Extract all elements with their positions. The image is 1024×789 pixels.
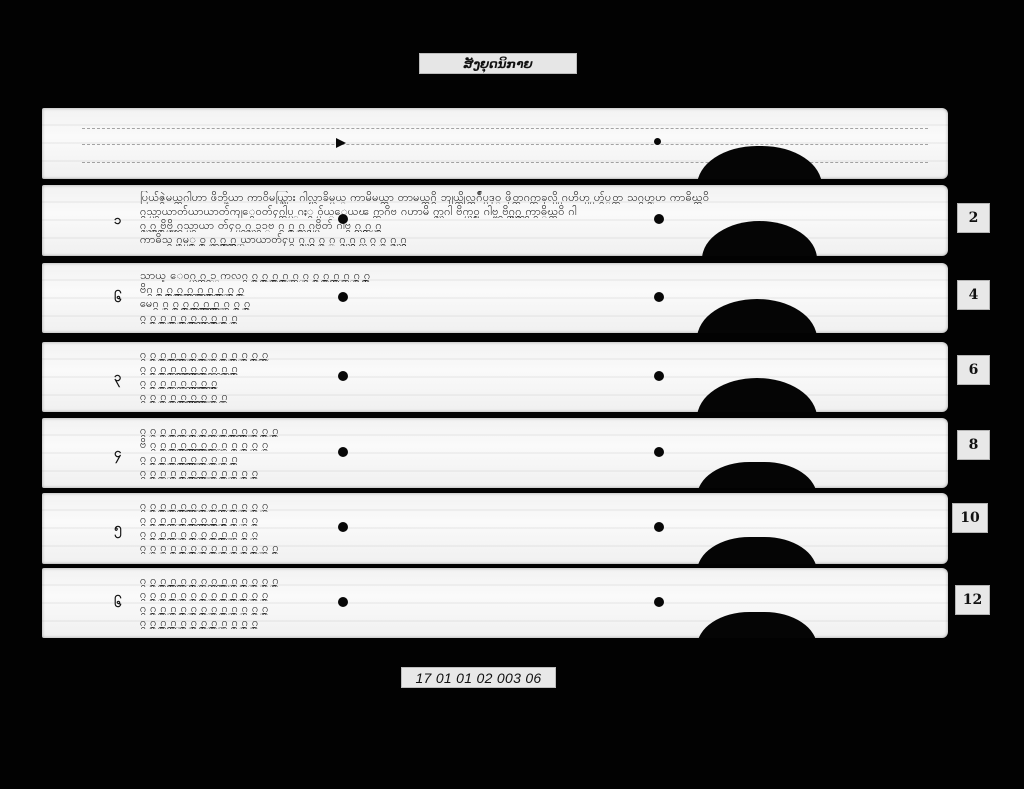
script-line: ဂ္ဂ္ဂ္ဂ္ ဂ္ဂ္ဂ္ဂ္ဂ္ဂ္ ဂ္ဂ္ဂ္ဂ္ဂ္ ဂ္ဂ္ဂ္ဂ…	[140, 452, 238, 465]
script-line: ဗိဂ္ဂ္ဂ္ဂ္ဂ္ ဂ္ဂ္ဂ္ဂ္ဂ္ဂ္ဂ္ ဂ္ဂ္ဂ္ ဂ္ဂ္ဂ…	[140, 283, 245, 296]
leaf-text: ဂ္ဂ္ ဂ္ဂ္ဂ္ဂ္ဂ္ ဂ္ဂ္ဂ္ ဂ္ဂ္ဂ္ဂ္ ဂ္ဂ္ဂ္ဂ္…	[140, 424, 938, 482]
palm-leaf-6: ၆ ဂ္ဂ္ဂ္ဂ္ဂ္ ဂ္ဂ္ဂ္ဂ္ဂ္ ဂ္ဂ္ဂ္ ဂ္ဂ္ဂ္ဂ္ …	[42, 568, 948, 638]
script-line: ဂ္ဂ္ဂ္ဂ္ဂ္ဂ္ဂ္ ဂ္ဂ္ဂ္ဂ္ဂ္ဂ္ဂ္ ဂ္ဂ္ ဂ္ဂ္ဂ…	[140, 362, 238, 375]
collection-title-label: ສັງຍຸດນິກາຍ	[419, 53, 577, 74]
script-line: ဂ္ဂ္ဂ္ဂ္ဂ္ဂ္ ဂ္ဂ္ဂ္ဂ္ ဂ္ဂ္ဂ္ဂ္ ဂ္ဂ္ဂ္ဂ္ဂ…	[140, 348, 269, 361]
document-id: 17 01 01 02 003 06	[415, 670, 541, 686]
page-tag: 8	[957, 430, 990, 460]
string-hole-icon	[654, 522, 664, 532]
string-hole-icon	[654, 597, 664, 607]
palm-leaf-4: ၄ ဂ္ဂ္ ဂ္ဂ္ဂ္ဂ္ဂ္ ဂ္ဂ္ဂ္ ဂ္ဂ္ဂ္ဂ္ ဂ္ဂ္ဂ္…	[42, 418, 948, 488]
script-line: ဂ္ဂ္ဂ္ဂ္ဂ္ ဂ္ဂ္ဂ္ ဂ္ဂ္ဂ္ဂ္ဂ္ဂ္ဂ္ဂ္ဂ္ဂ္ ဂ…	[140, 513, 258, 526]
leaf-number-mark: ၄	[114, 445, 121, 464]
leaf-text: ဂ္ဂ္ဂ္ဂ္ဂ္ ဂ္ဂ္ဂ္ဂ္ဂ္ ဂ္ဂ္ဂ္ ဂ္ဂ္ဂ္ဂ္ ဂ္…	[140, 574, 938, 632]
script-line: ဂ္ဂ္ဂ္ဂ္ဂ္ ဂ္ဂ္ဂ္ ဂ္ဂ္ဂ္ ဂ္ဂ္ဂ္ဂ္ ဂ္ဂ္ဂ္…	[140, 527, 258, 540]
leaf-text: ဂ္ဂ္ဂ္ဂ္ဂ္ဂ္ ဂ္ဂ္ဂ္ဂ္ ဂ္ဂ္ဂ္ဂ္ ဂ္ဂ္ဂ္ဂ္ဂ…	[140, 348, 938, 406]
ruling-line	[82, 128, 928, 130]
script-line: ဂ္ဂ္ဂ္ဂ္ဂ္ ဂ္ဂ္ဂ္ဂ္ဂ္ဂ္ဂ္ဂ္ဂ္ဂ္ဂ္ ဂ္ဂ္ ဂ…	[140, 376, 218, 389]
palm-leaf-3: ၃ ဂ္ဂ္ဂ္ဂ္ဂ္ဂ္ ဂ္ဂ္ဂ္ဂ္ ဂ္ဂ္ဂ္ဂ္ ဂ္ဂ္ဂ္ဂ…	[42, 342, 948, 412]
string-hole-icon	[338, 292, 348, 302]
script-line: ဂ္ဂ္ဂ္ ဂ္ဂ္ဂ္ဂ္ဂ္ဂ္ဂ္ ဂ္ဂ္ဂ္ဂ္ဂ္ဂ္ ဂ္ဂ္ဂ…	[140, 390, 228, 403]
damage-stain	[697, 146, 822, 179]
palm-leaf-5: ၅ ဂ္ဂ္ဂ္ဂ္ ဂ္ဂ္ဂ္ဂ္ဂ္ဂ္ ဂ္ဂ္ဂ္ဂ္ဂ္ ဂ္ဂ္ဂ…	[42, 493, 948, 564]
script-line: ဂ္ဂ္မွသာယာတ်ယာယာတ်ကျ္ဂေဝတ်ႁဂ္ကါပ္ပ္ ဂႏ္ဂ…	[140, 205, 577, 218]
string-hole-icon	[338, 522, 348, 532]
script-line: ဂ္ဂ္ဂ္ ဂ္ဂ္ဂ္ဂ္ ဂ္ဂ္ဂ္ ဂ္ဂ္ဂ္ ဂ္ဂ္ဂ္ဂ္ ဂ…	[140, 588, 269, 601]
leaf-number-mark: ၅	[114, 520, 121, 539]
string-hole-icon	[654, 214, 664, 224]
palm-leaf-cover	[42, 108, 948, 179]
string-hole-icon	[654, 138, 661, 145]
script-line: ဂ္ဂ္ဂ္ဂ္ ဂ္ဂ္ဂ္ဂ္ ဂ္ဂ္ဂ္ဂ္ဂ္ဂ္ဂ္ဂ္ ဂ္ဂ္ဂ…	[140, 311, 238, 324]
string-hole-icon	[654, 371, 664, 381]
script-line: ကာဓိသ္ဂ္ပ ဂ္ဂမ္မွ္ဂ္ဂ ဝ္ဂ္ပ္ဂ္ဂ္ဂ ဂ္ဂ္ဂ္…	[140, 233, 407, 246]
page-tag: 10	[952, 503, 988, 533]
collection-title: ສັງຍຸດນິກາຍ	[463, 57, 532, 71]
script-line: မေဂ္ဂ္ ဂ္ဂ္ဂ္ဂ္ဂ္ဂ္ဂ္ ဂ္ဂ္ဂ္ဂ္ဂ္ ဂ္ဂ္ဂ္ဂ…	[140, 297, 251, 310]
ruling-line	[82, 144, 928, 146]
leaf-text: သာယူ ေဝဂ္ယ္ဂ္ဂ္ ဂ္ဂ္ ၁ ကလဂ္ဂ္ဂ္ဂ္ ဂ္ဂ္ဂ္…	[140, 269, 938, 327]
string-hole-icon	[338, 597, 348, 607]
leaf-text: ပြယ်ဇွဲမယ္ကဂါဟာ ဖိဘို့ယာ ကာဝိမယ္သြား ဂါလ…	[140, 191, 938, 250]
page-tag: 4	[957, 280, 990, 310]
string-hole-icon	[654, 292, 664, 302]
script-line: ဂ္ဂ္ဂ္ဂ္ဂ္ ဂ္ဂ္ဂ္ဂ္ဂ္ ဂ္ဂ္ဂ္ ဂ္ဂ္ဂ္ဂ္ ဂ္…	[140, 574, 279, 587]
manuscript-scan: ສັງຍຸດນິກາຍ ၁ ပြယ်ဇွဲမယ္ကဂါဟာ ဖိဘို့ယာ က…	[0, 0, 1024, 789]
leaf-number-mark: ၁	[114, 212, 121, 231]
leaf-number-mark: ၆	[114, 290, 121, 309]
script-line: ဂ္ဂ္ ဂ္ဂ္ ဂ္ဂ္ဂ္ဂ္ ဂ္ဂ္ဂ္ဂ္ ဂ္ဂ္ဂ္ ဂ္ဂ္ဂ…	[140, 541, 279, 554]
leaf-number-mark: ၃	[114, 369, 121, 388]
palm-leaf-1: ၁ ပြယ်ဇွဲမယ္ကဂါဟာ ဖိဘို့ယာ ကာဝိမယ္သြား ဂ…	[42, 185, 948, 256]
script-line: သာယူ ေဝဂ္ယ္ဂ္ဂ္ ဂ္ဂ္ ၁ ကလဂ္ဂ္ဂ္ဂ္ ဂ္ဂ္ဂ္…	[140, 269, 370, 282]
string-hole-icon	[338, 447, 348, 457]
script-line: ဗိ ဂ္ဂ္ဂ္ဂ္ဂ္ဂ္ဂ္ ဂ္ဂ္ဂ္ဂ္ဂ္ ဂ္ဂ္ဂ္ဂ္ဂ္ …	[140, 438, 269, 451]
page-tag: 6	[957, 355, 990, 385]
palm-leaf-2: ၆ သာယူ ေဝဂ္ယ္ဂ္ဂ္ ဂ္ဂ္ ၁ ကလဂ္ဂ္ဂ္ဂ္ ဂ္ဂ္…	[42, 263, 948, 333]
leaf-text: ဂ္ဂ္ဂ္ဂ္ ဂ္ဂ္ဂ္ဂ္ဂ္ဂ္ ဂ္ဂ္ဂ္ဂ္ဂ္ ဂ္ဂ္ဂ္ …	[140, 499, 938, 558]
document-id-label: 17 01 01 02 003 06	[401, 667, 556, 688]
string-hole-icon	[654, 447, 664, 457]
script-line: ဂ္ဂ္ဂ္ဂ္ဂ္ ဂ္ဂ္ဂ္ ဂ္ဂ္ဂ္ ဂ္ဂ္ဂ္ ဂ္ဂ္ဂ္ဂ္…	[140, 616, 258, 629]
page-tag: 2	[957, 203, 990, 233]
string-hole-icon	[338, 371, 348, 381]
script-line: ဂ္ဂ္ဂ္ဂ္ ဂ္ဂ္ဂ္ ဂ္ဂ္ဂ္ဂ္ ဂ္ဂ္ဂ္ ဂ္ဂ္ဂ္ဂ္…	[140, 602, 269, 615]
leaf-number-mark: ၆	[114, 595, 121, 614]
script-line: ဂ္ဂ္ဂ္ဂ္ ဂ္ဂ္ ဂ္ဂ္ဂ္ဂ္ဂ္ဂ္ ဂ္ဂ္ဂ္ဂ္ ဂ္ဂ္…	[140, 466, 258, 479]
script-line: ဂ္ဂ္ ဂ္ဂ္ဂ္ဂ္ဂ္ ဂ္ဂ္ဂ္ ဂ္ဂ္ဂ္ဂ္ ဂ္ဂ္ဂ္ဂ္…	[140, 424, 279, 437]
string-hole-icon	[336, 138, 346, 148]
page-tag: 12	[955, 585, 990, 615]
script-line: ပြယ်ဇွဲမယ္ကဂါဟာ ဖိဘို့ယာ ကာဝိမယ္သြား ဂါလ…	[140, 191, 709, 204]
script-line: ဂ္ဂ္ဂ္ဂ္ ဂ္ဂ္ဂ္ဂ္ဂ္ဂ္ ဂ္ဂ္ဂ္ဂ္ဂ္ ဂ္ဂ္ဂ္ …	[140, 499, 269, 512]
string-hole-icon	[338, 214, 348, 224]
